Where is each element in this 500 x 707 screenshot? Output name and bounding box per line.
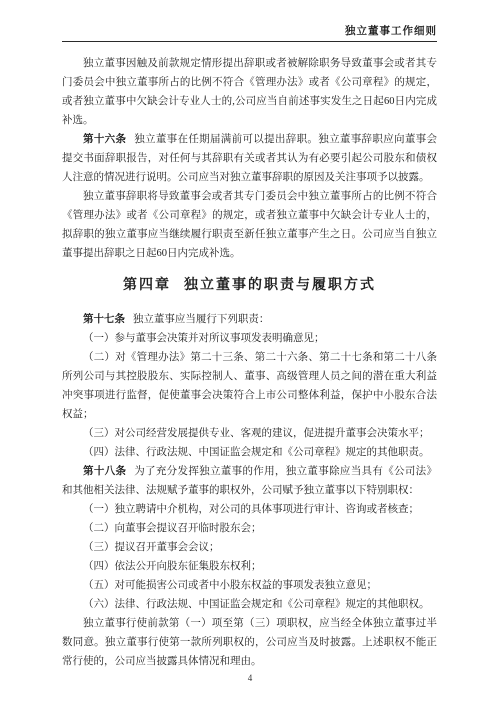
chapter-number: 第四章	[123, 278, 171, 293]
list-item: （二）对《管理办法》第二十三条、第二十六条、第二十七条和第二十八条所列公司与其控…	[62, 348, 437, 424]
article-number: 第十六条	[83, 134, 126, 145]
paragraph-text: （二）向董事会提议召开临时股东会；	[83, 523, 262, 534]
paragraph: 第十六条独立董事在任期届满前可以提出辞职。独立董事辞职应向董事会提交书面辞职报告…	[62, 130, 437, 187]
paragraph-text: （六）法律、行政法规、中国证监会规定和《公司章程》规定的其他职权。	[83, 599, 430, 610]
document-page: 独立董事工作细则 独立董事因触及前款规定情形提出辞职或者被解除职务导致董事会或者…	[0, 0, 500, 707]
paragraph-text: 独立董事因触及前款规定情形提出辞职或者被解除职务导致董事会或者其专门委员会中独立…	[62, 58, 437, 126]
chapter-heading: 第四章独立董事的职责与履职方式	[62, 275, 437, 297]
chapter-title: 独立董事的职责与履职方式	[184, 278, 376, 293]
article-number: 第十八条	[83, 466, 126, 477]
paragraph-text: 独立董事辞职将导致董事会或者其专门委员会中独立董事所占的比例不符合《管理办法》或…	[62, 191, 437, 259]
document-body: 独立董事因触及前款规定情形提出辞职或者被解除职务导致董事会或者其专门委员会中独立…	[62, 43, 437, 671]
header-rule	[62, 41, 437, 42]
paragraph: 独立董事辞职将导致董事会或者其专门委员会中独立董事所占的比例不符合《管理办法》或…	[62, 187, 437, 263]
paragraph-text: （五）对可能损害公司或者中小股东权益的事项发表独立意见；	[83, 580, 377, 591]
list-item: （四）法律、行政法规、中国证监会规定和《公司章程》规定的其他职责。	[62, 443, 437, 462]
header-title: 独立董事工作细则	[345, 23, 437, 38]
page-footer: 4	[0, 673, 500, 683]
paragraph-text: 独立董事行使前款第（一）项至第（三）项职权，应当经全体独立董事过半数同意。独立董…	[62, 618, 437, 667]
paragraph-text: （三）对公司经营发展提供专业、客观的建议，促进提升董事会决策水平；	[83, 428, 430, 439]
paragraph: 独立董事行使前款第（一）项至第（三）项职权，应当经全体独立董事过半数同意。独立董…	[62, 614, 437, 671]
paragraph: 第十八条为了充分发挥独立董事的作用，独立董事除应当具有《公司法》和其他相关法律、…	[62, 462, 437, 500]
page-number: 4	[248, 673, 253, 683]
article-number: 第十七条	[83, 314, 125, 325]
list-item: （四）依法公开向股东征集股东权利；	[62, 557, 437, 576]
list-item: （二）向董事会提议召开临时股东会；	[62, 519, 437, 538]
paragraph-text: 独立董事应当履行下列职责：	[133, 314, 270, 325]
list-item: （三）提议召开董事会会议；	[62, 538, 437, 557]
list-item: （六）法律、行政法规、中国证监会规定和《公司章程》规定的其他职权。	[62, 595, 437, 614]
paragraph-text: （二）对《管理办法》第二十三条、第二十六条、第二十七条和第二十八条所列公司与其控…	[62, 352, 437, 420]
list-item: （一）独立聘请中介机构，对公司的具体事项进行审计、咨询或者核查；	[62, 500, 437, 519]
paragraph-text: （一）参与董事会决策并对所议事项发表明确意见；	[83, 333, 325, 344]
list-item: （三）对公司经营发展提供专业、客观的建议，促进提升董事会决策水平；	[62, 424, 437, 443]
page-header: 独立董事工作细则	[62, 0, 437, 41]
paragraph-text: （三）提议召开董事会会议；	[83, 542, 220, 553]
paragraph: 第十七条独立董事应当履行下列职责：	[62, 310, 437, 329]
paragraph: 独立董事因触及前款规定情形提出辞职或者被解除职务导致董事会或者其专门委员会中独立…	[62, 54, 437, 130]
paragraph-text: （一）独立聘请中介机构，对公司的具体事项进行审计、咨询或者核查；	[83, 504, 419, 515]
paragraph-text: （四）法律、行政法规、中国证监会规定和《公司章程》规定的其他职责。	[83, 447, 430, 458]
list-item: （一）参与董事会决策并对所议事项发表明确意见；	[62, 329, 437, 348]
list-item: （五）对可能损害公司或者中小股东权益的事项发表独立意见；	[62, 576, 437, 595]
paragraph-text: （四）依法公开向股东征集股东权利；	[83, 561, 262, 572]
